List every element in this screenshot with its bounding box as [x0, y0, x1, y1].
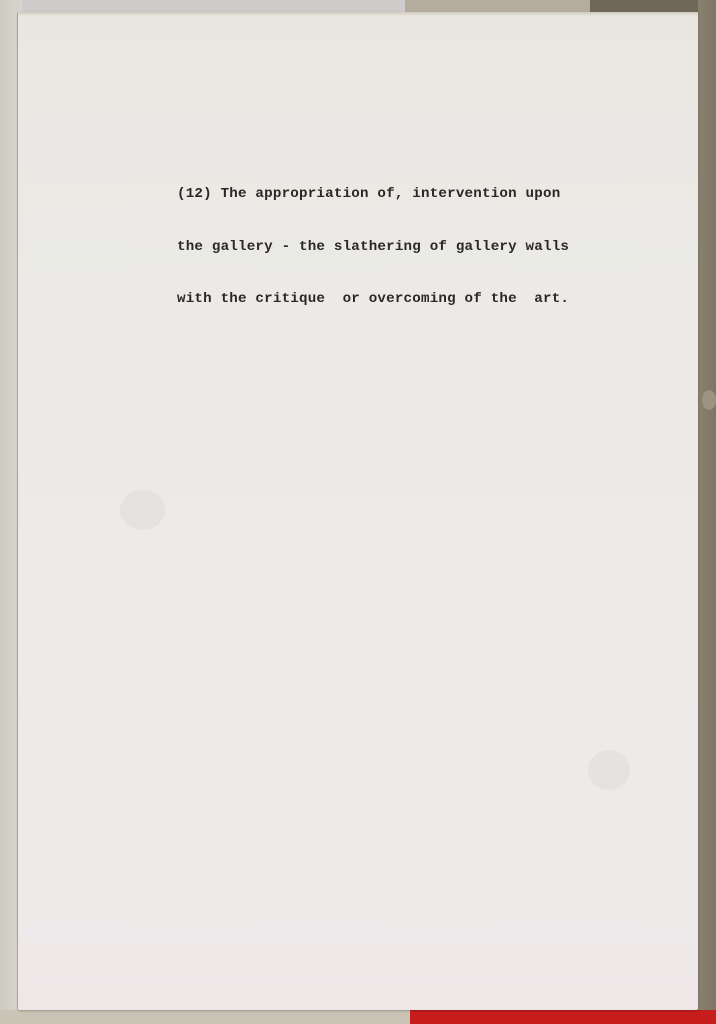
background-right-frame — [698, 0, 716, 1024]
typed-line-3: with the critique or overcoming of the a… — [177, 291, 647, 309]
paper-smudge — [120, 490, 165, 530]
paper-smudge — [588, 750, 630, 790]
background-red-object — [410, 1010, 716, 1024]
typed-line-2: the gallery - the slathering of gallery … — [177, 239, 647, 257]
frame-knob — [702, 390, 716, 410]
paper-deckled-edge — [18, 12, 698, 16]
typed-line-1: (12) The appropriation of, intervention … — [177, 186, 647, 204]
typewritten-text: (12) The appropriation of, intervention … — [177, 151, 647, 326]
